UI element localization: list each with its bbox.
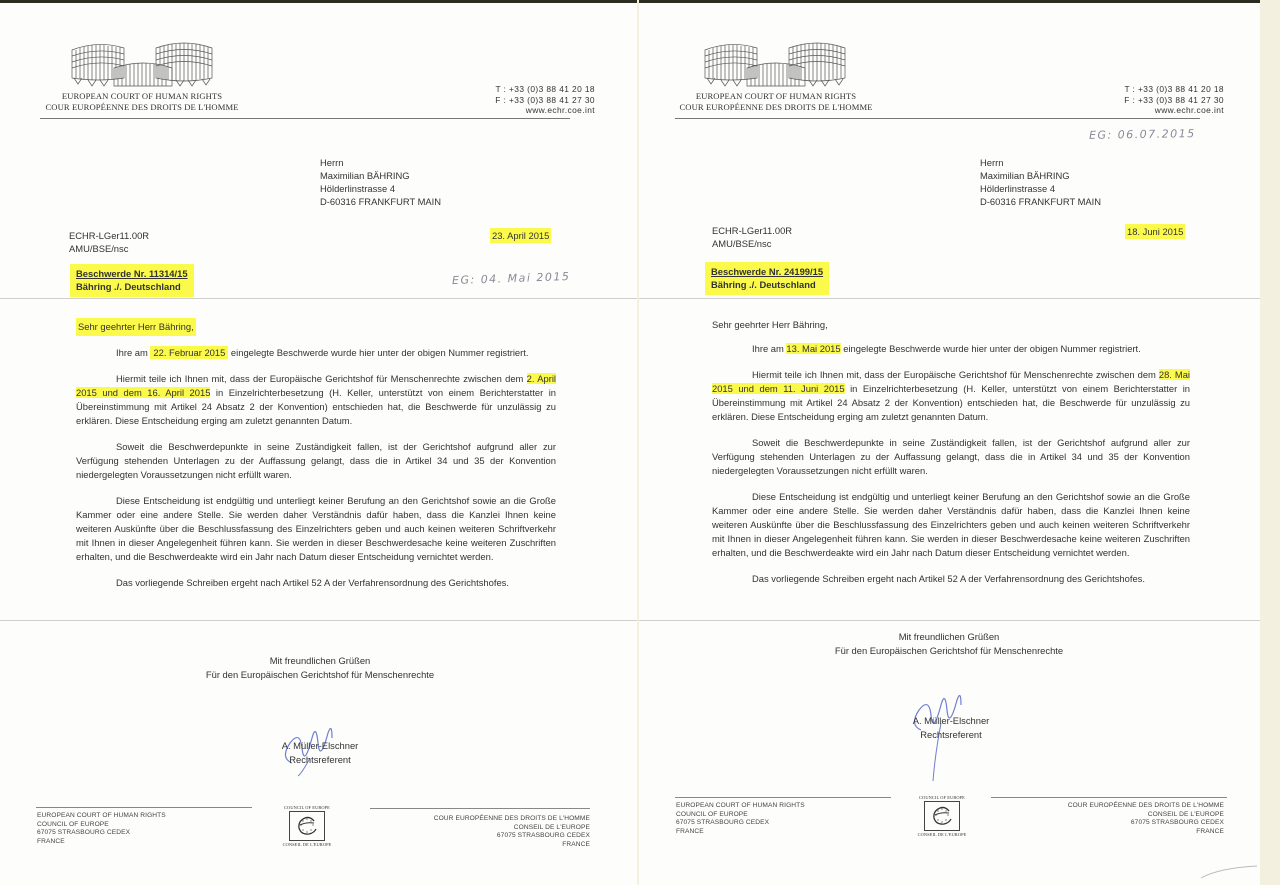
phone-number: T : +33 (0)3 88 41 20 18 [440, 84, 595, 95]
recipient-name: Maximilian BÄHRING [320, 169, 441, 182]
court-name-en: EUROPEAN COURT OF HUMAN RIGHTS [32, 91, 252, 102]
footer-rule-right [991, 797, 1227, 798]
case-parties: Bähring ./. Deutschland [76, 280, 188, 293]
scan-edge [639, 0, 1260, 3]
case-reference: Beschwerde Nr. 24199/15 Bähring ./. Deut… [705, 262, 829, 295]
case-number: Beschwerde Nr. 24199/15 [711, 265, 823, 278]
recipient-street: Hölderlinstrasse 4 [320, 182, 441, 195]
closing: Mit freundlichen Grüßen Für den Europäis… [150, 654, 490, 682]
reference-block: ECHR-LGer11.00R AMU/BSE/nsc [712, 224, 792, 250]
signer-title: Rechtsreferent [230, 753, 410, 767]
recipient-address: Herrn Maximilian BÄHRING Hölderlinstrass… [320, 156, 441, 208]
reference-initials: AMU/BSE/nsc [712, 237, 792, 250]
header-rule [675, 118, 1200, 119]
council-of-europe-logo: COUNCIL OF EUROPE CONSEIL DE L'EUROPE [280, 805, 334, 847]
recipient-name: Maximilian BÄHRING [980, 169, 1101, 182]
council-of-europe-logo: COUNCIL OF EUROPE CONSEIL DE L'EUROPE [915, 795, 969, 837]
closing-institution: Für den Europäischen Gerichtshof für Men… [779, 644, 1119, 658]
reference-block: ECHR-LGer11.00R AMU/BSE/nsc [69, 229, 149, 255]
court-name-en: EUROPEAN COURT OF HUMAN RIGHTS [666, 91, 886, 102]
letter-date: 23. April 2015 [490, 230, 551, 241]
closing: Mit freundlichen Grüßen Für den Europäis… [779, 630, 1119, 658]
footer-rule-right [370, 808, 590, 809]
paragraph-legal-basis: Das vorliegende Schreiben ergeht nach Ar… [76, 576, 556, 590]
paragraph-finality: Diese Entscheidung ist endgültig und unt… [712, 490, 1190, 560]
fold-line [0, 620, 637, 621]
signer-block: A. Müller-Elschner Rechtsreferent [230, 739, 410, 767]
footer-address-en: EUROPEAN COURT OF HUMAN RIGHTSCOUNCIL OF… [676, 802, 805, 836]
reference-code: ECHR-LGer11.00R [69, 229, 149, 242]
case-parties: Bähring ./. Deutschland [711, 278, 823, 291]
greeting: Sehr geehrter Herr Bähring, [76, 318, 196, 336]
paper-curl [1199, 860, 1259, 880]
recipient-address: Herrn Maximilian BÄHRING Hölderlinstrass… [980, 156, 1101, 208]
scan-edge [0, 0, 637, 3]
closing-institution: Für den Europäischen Gerichtshof für Men… [150, 668, 490, 682]
letter-2: EUROPEAN COURT OF HUMAN RIGHTS COUR EURO… [639, 0, 1260, 885]
court-building-logo-icon [701, 38, 851, 88]
signer-title: Rechtsreferent [861, 728, 1041, 742]
received-stamp-handwritten: EG: 04. Mai 2015 [452, 270, 571, 287]
paragraph-decision: Hiermit teile ich Ihnen mit, dass der Eu… [76, 372, 556, 428]
coe-caption-en: COUNCIL OF EUROPE [280, 805, 334, 810]
signer-block: A. Müller-Elschner Rechtsreferent [861, 714, 1041, 742]
greeting: Sehr geehrter Herr Bähring, [712, 318, 1190, 332]
paragraph-legal-basis: Das vorliegende Schreiben ergeht nach Ar… [712, 572, 1190, 586]
closing-greeting: Mit freundlichen Grüßen [779, 630, 1119, 644]
signer-name: A. Müller-Elschner [861, 714, 1041, 728]
letter-date: 18. Juni 2015 [1125, 226, 1185, 237]
fold-line [639, 620, 1260, 621]
recipient-street: Hölderlinstrasse 4 [980, 182, 1101, 195]
paragraph-admissibility: Soweit die Beschwerdepunkte in seine Zus… [76, 440, 556, 482]
contact-block: T : +33 (0)3 88 41 20 18 F : +33 (0)3 88… [1069, 84, 1224, 116]
signer-name: A. Müller-Elschner [230, 739, 410, 753]
letter-1: EUROPEAN COURT OF HUMAN RIGHTS COUR EURO… [0, 0, 637, 885]
paragraph-decision: Hiermit teile ich Ihnen mit, dass der Eu… [712, 368, 1190, 424]
letter-body: Sehr geehrter Herr Bähring, Ihre am 13. … [712, 318, 1190, 598]
paragraph-admissibility: Soweit die Beschwerdepunkte in seine Zus… [712, 436, 1190, 478]
coe-caption-fr: CONSEIL DE L'EUROPE [280, 842, 334, 847]
court-name-fr: COUR EUROPÉENNE DES DROITS DE L'HOMME [666, 102, 886, 113]
letter-date-text: 23. April 2015 [490, 228, 551, 243]
paragraph-registration: Ihre am 13. Mai 2015 eingelegte Beschwer… [712, 342, 1190, 356]
fax-number: F : +33 (0)3 88 41 27 30 [440, 95, 595, 106]
court-name: EUROPEAN COURT OF HUMAN RIGHTS COUR EURO… [666, 91, 886, 113]
footer-rule-left [36, 807, 252, 808]
received-stamp-handwritten: EG: 06.07.2015 [1089, 127, 1196, 142]
fold-line [639, 298, 1260, 299]
reference-initials: AMU/BSE/nsc [69, 242, 149, 255]
recipient-prefix: Herrn [980, 156, 1101, 169]
council-of-europe-emblem-icon [290, 812, 324, 840]
header-rule [40, 118, 570, 119]
recipient-city: D-60316 FRANKFURT MAIN [980, 195, 1101, 208]
footer-address-fr: COUR EUROPÉENNE DES DROITS DE L'HOMMECON… [1024, 802, 1224, 836]
footer-address-fr: COUR EUROPÉENNE DES DROITS DE L'HOMMECON… [390, 815, 590, 849]
footer-rule-left [675, 797, 891, 798]
paragraph-registration: Ihre am 22. Februar 2015 eingelegte Besc… [76, 346, 556, 360]
court-building-logo-icon [68, 38, 218, 88]
case-reference: Beschwerde Nr. 11314/15 Bähring ./. Deut… [70, 264, 194, 297]
reference-code: ECHR-LGer11.00R [712, 224, 792, 237]
letter-date-text: 18. Juni 2015 [1125, 224, 1185, 239]
recipient-prefix: Herrn [320, 156, 441, 169]
filing-date: 13. Mai 2015 [786, 343, 840, 354]
coe-caption-en: COUNCIL OF EUROPE [915, 795, 969, 800]
coe-caption-fr: CONSEIL DE L'EUROPE [915, 832, 969, 837]
contact-block: T : +33 (0)3 88 41 20 18 F : +33 (0)3 88… [440, 84, 595, 116]
fold-line [0, 298, 637, 299]
case-number: Beschwerde Nr. 11314/15 [76, 267, 188, 280]
fax-number: F : +33 (0)3 88 41 27 30 [1069, 95, 1224, 106]
paragraph-finality: Diese Entscheidung ist endgültig und unt… [76, 494, 556, 564]
letter-body: Sehr geehrter Herr Bähring, Ihre am 22. … [76, 318, 556, 602]
website-link[interactable]: www.echr.coe.int [1069, 105, 1224, 116]
phone-number: T : +33 (0)3 88 41 20 18 [1069, 84, 1224, 95]
closing-greeting: Mit freundlichen Grüßen [150, 654, 490, 668]
court-name: EUROPEAN COURT OF HUMAN RIGHTS COUR EURO… [32, 91, 252, 113]
court-name-fr: COUR EUROPÉENNE DES DROITS DE L'HOMME [32, 102, 252, 113]
filing-date: 22. Februar 2015 [150, 346, 228, 359]
footer-address-en: EUROPEAN COURT OF HUMAN RIGHTSCOUNCIL OF… [37, 812, 166, 846]
council-of-europe-emblem-icon [925, 802, 959, 830]
website-link[interactable]: www.echr.coe.int [440, 105, 595, 116]
recipient-city: D-60316 FRANKFURT MAIN [320, 195, 441, 208]
